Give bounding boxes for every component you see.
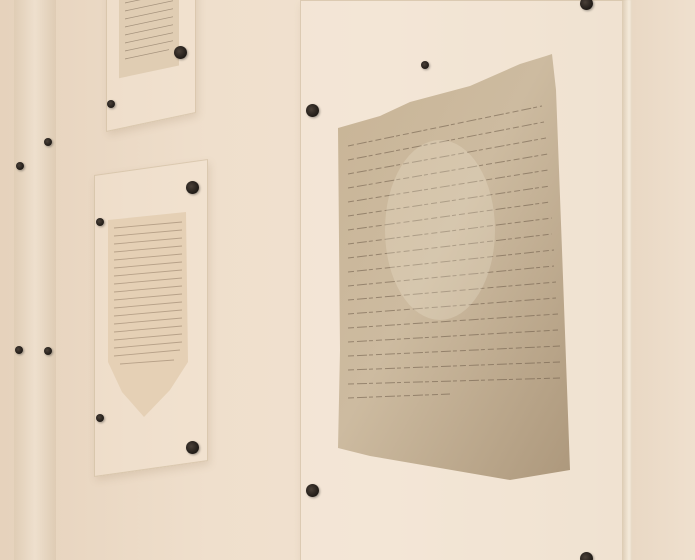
gallery-scene: Medieval parchment manuscripts displayed… — [0, 0, 695, 560]
mount-bolt — [16, 162, 24, 170]
mount-bolt — [186, 181, 199, 194]
mount-bolt — [15, 346, 23, 354]
left-manuscript-parchment — [104, 212, 194, 422]
mount-bolt — [306, 484, 319, 497]
mount-bolt — [44, 138, 52, 146]
top-manuscript-frame — [106, 0, 196, 132]
wall-right — [632, 0, 695, 560]
mount-bolt — [107, 100, 115, 108]
mount-bolt — [96, 414, 104, 422]
mount-bolt — [44, 347, 52, 355]
mount-bolt — [186, 441, 199, 454]
mount-bolt — [96, 218, 104, 226]
mount-bolt — [421, 61, 429, 69]
mount-bolt — [306, 104, 319, 117]
top-manuscript-parchment — [117, 0, 187, 85]
main-charter-parchment — [330, 50, 580, 495]
mount-bolt — [580, 552, 593, 560]
mount-bolt — [174, 46, 187, 59]
far-left-frame-edge — [14, 0, 56, 560]
